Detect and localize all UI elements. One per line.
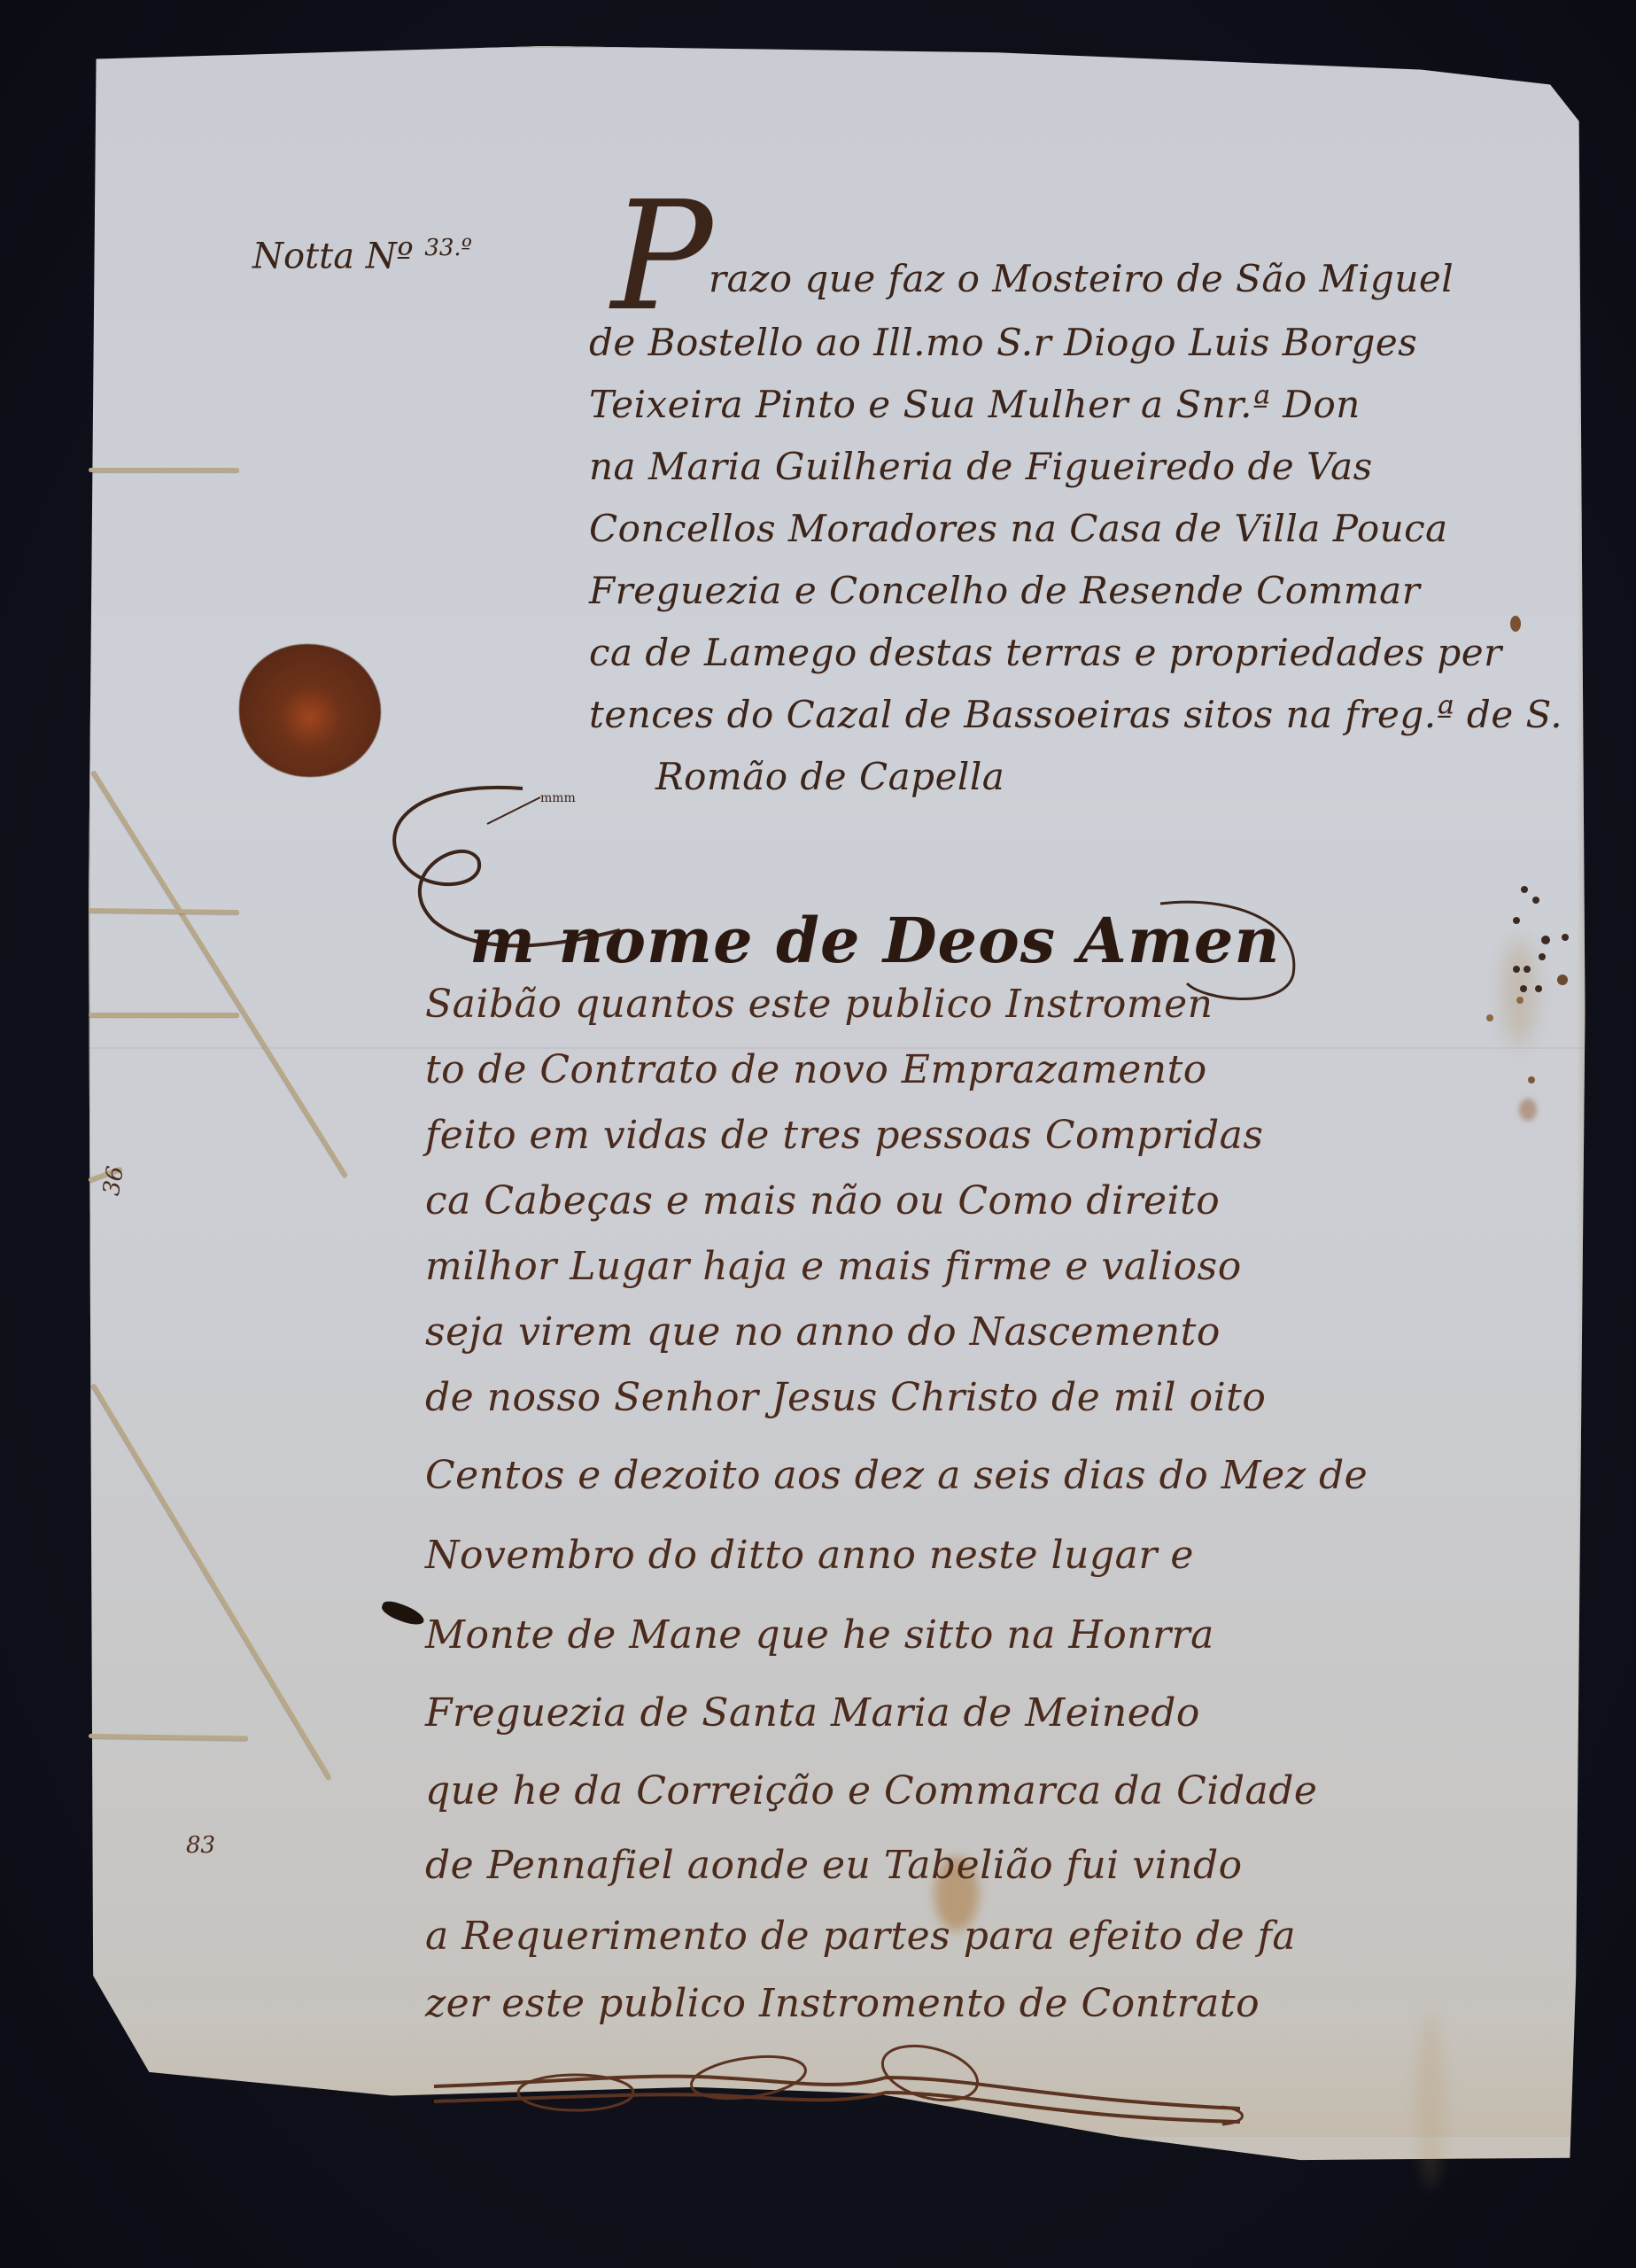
heading-drop-cap: P — [611, 182, 712, 332]
heading-line: na Maria Guilheria de Figueiredo de Vas — [589, 445, 1373, 488]
heading-line: Concellos Moradores na Casa de Villa Pou… — [589, 507, 1448, 550]
heading-line: ca de Lamego destas terras e propriedade… — [589, 631, 1502, 674]
margin-mark: 36 — [98, 1164, 129, 1198]
binding-string-segment — [89, 1013, 239, 1017]
foxing-stain — [1417, 2011, 1444, 2188]
body-line: Freguezia de Santa Maria de Meinedo — [425, 1690, 1200, 1736]
body-line: que he da Correição e Commarca da Cidade — [425, 1768, 1317, 1814]
body-line: to de Contrato de novo Emprazamento — [425, 1047, 1207, 1092]
wax-seal-stain — [239, 644, 381, 777]
body-line: Monte de Mane que he sitto na Honrra — [425, 1612, 1214, 1658]
body-line: de nosso Senhor Jesus Christo de mil oit… — [425, 1375, 1266, 1420]
body-line: Novembro do ditto anno neste lugar e — [425, 1533, 1194, 1578]
margin-mark: 83 — [186, 1832, 215, 1859]
heading-line: de Bostello ao Ill.mo S.r Diogo Luis Bor… — [589, 321, 1417, 364]
binding-string-segment — [89, 468, 239, 472]
body-line: de Pennafiel aonde eu Tabelião fui vindo — [425, 1843, 1243, 1888]
heading-line: Romão de Capella — [655, 755, 1004, 798]
heading-line: razo que faz o Mosteiro de São Miguel — [709, 257, 1454, 300]
svg-text:mmm: mmm — [540, 791, 576, 805]
body-line: ca Cabeças e mais não ou Como direito — [425, 1178, 1220, 1223]
closing-ink-flourish-icon — [425, 2038, 1258, 2144]
heading-line: tences do Cazal de Bassoeiras sitos na f… — [589, 693, 1562, 736]
heading-line: Freguezia e Concelho de Resende Commar — [589, 569, 1420, 612]
margin-note-number: 33.º — [424, 235, 472, 261]
foxing-stain — [1501, 939, 1537, 1045]
body-line: Centos e dezoito aos dez a seis dias do … — [425, 1453, 1368, 1498]
body-line: Saibão quantos este publico Instromen — [425, 982, 1213, 1027]
margin-note: Notta Nº 33.º — [252, 235, 472, 276]
margin-note-label: Notta Nº — [252, 236, 424, 276]
body-line: a Requerimento de partes para efeito de … — [425, 1914, 1296, 1959]
body-line: feito em vidas de tres pessoas Compridas — [425, 1113, 1264, 1158]
heading-line: Teixeira Pinto e Sua Mulher a Snr.ª Don — [589, 383, 1361, 426]
body-line: milhor Lugar haja e mais firme e valioso — [425, 1244, 1242, 1289]
foxing-stain — [1519, 1099, 1537, 1121]
body-line: seja virem que no anno do Nascemento — [425, 1309, 1221, 1355]
body-line: zer este publico Instromento de Contrato — [425, 1981, 1260, 2026]
